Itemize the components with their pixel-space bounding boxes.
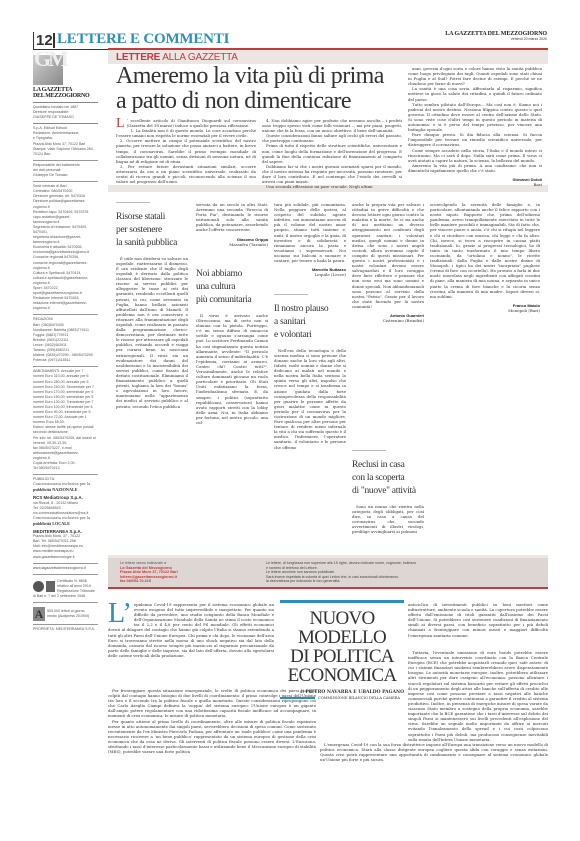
main-letter-col-2: 4. Non dobbiamo agire per profezie che n… <box>262 118 402 189</box>
issue-date: Venerdì 20 marzo 2020 <box>445 37 547 41</box>
colophon-readership: A 505.000 lettori al giorno medio (Audip… <box>33 602 98 621</box>
letter-headline: Noi abbiamo una cultura più comunitaria <box>196 268 268 307</box>
letter-plauso-cont: anche la propria vita per salvare i citt… <box>352 202 424 323</box>
letter-risorse-cont: servata da un secolo in altri Stati. Avr… <box>196 202 268 247</box>
colophon-certification: Certificato N. 8606 relativo all'anno 20… <box>33 574 98 599</box>
main-letter-headline: Ameremo la vita più di prima a patto di … <box>116 64 384 114</box>
signature-place: Cisternino (Brindisi) <box>352 318 424 323</box>
letters-section: LETTERE ALLA GAZZETTA Ameremo la vita pi… <box>108 48 548 587</box>
letter-headline: Risorse statali per sostenere la sanità … <box>116 211 188 250</box>
colophon-website: www.lagazzettadelmezzogiorno.it <box>33 563 98 571</box>
article-col-3-lower: Tuttavia, l'eventuale emissione di euro … <box>320 650 548 762</box>
economic-policy-article: L’epidemia Covid-19 rappresenta per il s… <box>108 600 548 800</box>
newspaper-logo-icon: GM <box>33 55 63 85</box>
letter-risorse: Risorse statali per sostenere la sanità … <box>116 202 188 409</box>
letter-reclusi: Reclusi in casa con la scoperta di "nuov… <box>352 450 424 534</box>
letter-cultura: Noi abbiamo una cultura più comunitaria … <box>196 268 268 425</box>
signature-place: Lequile (Lecce) <box>274 272 346 277</box>
colophon-sidebar: GM LA GAZZETTA DEL MEZZOGIORNO Quotidian… <box>33 52 98 632</box>
colophon-ownership: PROPRIETÀ: MEDITERRANEA S.P.A. <box>33 624 98 632</box>
signature-place: Monopoli (Bari) <box>430 308 540 313</box>
letter-cultura-cont: tura più solidale, più comunitaria. Nell… <box>274 202 346 277</box>
necrologie-website-link[interactable]: www.gazzettanecrologie.it <box>33 555 98 560</box>
audipress-logo-icon: A <box>33 607 45 621</box>
dropcap: L’ <box>108 603 132 625</box>
letters-submission-info: Le lettere vanno indirizzate a La Gazzet… <box>108 558 548 589</box>
page-header: 12 LETTERE E COMMENTI LA GAZZETTA DEL ME… <box>33 30 547 50</box>
article-col-1: L’epidemia Covid-19 rappresenta per il s… <box>108 602 274 658</box>
main-letter-col-1: Lʼ eccellente articolo di Gianfranco Dio… <box>116 118 256 184</box>
signature-place: Bari <box>408 182 542 187</box>
website-link[interactable]: www.lagazzettadelmezzogiorno.it <box>33 566 98 571</box>
letter-headline: Il nostro plauso a sanitari e volontari <box>274 303 346 342</box>
ads-seal-icon <box>33 581 44 592</box>
logo-name: LA GAZZETTA DEL MEZZOGIORNO <box>33 87 98 99</box>
letter-plauso: Il nostro plauso a sanitari e volontari … <box>274 294 346 450</box>
colophon-pubblicita: PUBBLICITÀ: Concessionaria esclusiva per… <box>33 474 98 559</box>
colophon-privacy: Responsabile del trattamento dei dati pe… <box>33 160 98 178</box>
fieg-logo-icon <box>46 581 55 592</box>
article-col-3: anticiclica di investimenti pubblici su … <box>408 602 548 638</box>
letters-kicker: LETTERE ALLA GAZZETTA <box>116 52 238 63</box>
masthead: LA GAZZETTA DEL MEZZOGIORNO Venerdì 20 m… <box>445 31 547 41</box>
colophon-redazioni: REDAZIONI Bari: (080)5470430 Nordbarese:… <box>33 314 98 363</box>
section-title: LETTERE E COMMENTI <box>57 31 229 48</box>
colophon-contacts: Sede centrale di Bari: Centralino: 080/5… <box>33 181 98 311</box>
letter-reclusi-cont: sconvolgendo la serenità delle famiglie … <box>430 202 540 313</box>
colophon-director: Quotidiano fondato nel 1887 Direttore re… <box>33 102 98 120</box>
dropcap: L <box>116 118 125 130</box>
signature-place: Massafra (Taranto) <box>196 242 268 247</box>
colophon-abbonamenti: ABBONAMENTI: Annuale per 7 numeri Euro 3… <box>33 366 98 471</box>
colophon-publisher: S.p.A. Edisud Edisud Redazione, Amminist… <box>33 123 98 157</box>
main-letter-col-3: anni, governi d'ogni sorta e colore hann… <box>408 66 542 187</box>
letter-headline: Reclusi in casa con la scoperta di "nuov… <box>352 459 424 498</box>
